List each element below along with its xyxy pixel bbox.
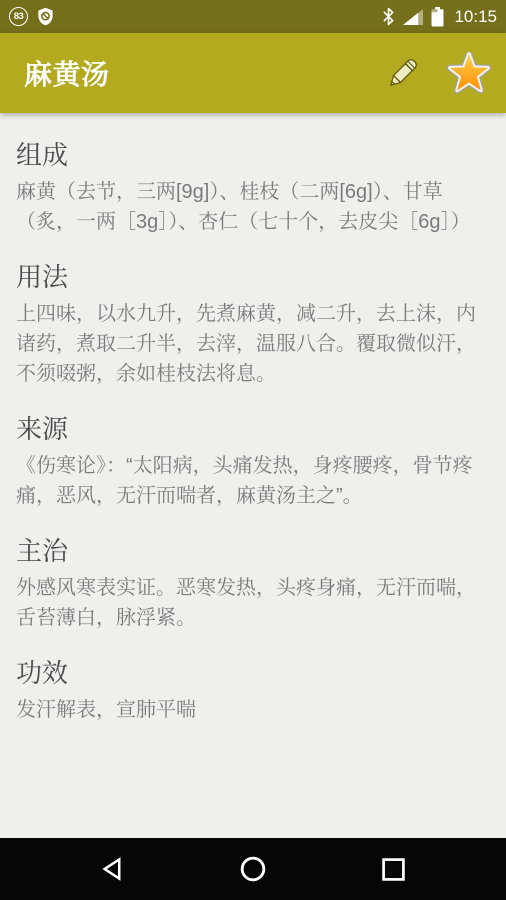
status-bar-left: 83	[9, 7, 55, 26]
section-source: 来源 《伤寒论》：“太阳病，头痛发热，身疼腰疼，骨节疼痛，恶风，无汗而喘者，麻黄…	[16, 413, 490, 511]
back-button[interactable]	[100, 856, 126, 882]
status-bar: 83 10:15	[0, 0, 506, 33]
battery-icon	[431, 7, 444, 27]
recents-square-icon	[381, 857, 406, 882]
phone-screen: 83 10:15 麻黄汤	[0, 0, 506, 900]
signal-icon	[403, 9, 423, 25]
section-heading: 主治	[16, 535, 490, 567]
section-body: 麻黄（去节，三两[9g]）、桂枝（二两[6g]）、甘草（炙，一两［3g］）、杏仁…	[16, 177, 490, 237]
section-heading: 功效	[16, 657, 490, 689]
favorite-star-icon	[446, 52, 492, 94]
home-button[interactable]	[240, 856, 266, 882]
section-body: 外感风寒表实证。恶寒发热，头疼身痛，无汗而喘，舌苔薄白，脉浮紧。	[16, 573, 490, 633]
battery-percent-value: 83	[14, 11, 24, 22]
section-body: 上四味，以水九升，先煮麻黄，减二升，去上沫，内诸药，煮取二升半，去滓，温服八合。…	[16, 299, 490, 389]
section-heading: 来源	[16, 413, 490, 445]
shield-block-icon	[36, 7, 55, 26]
app-bar-actions	[380, 50, 494, 96]
android-nav-bar	[0, 838, 506, 900]
section-heading: 用法	[16, 261, 490, 293]
section-usage: 用法 上四味，以水九升，先煮麻黄，减二升，去上沫，内诸药，煮取二升半，去滓，温服…	[16, 261, 490, 389]
bluetooth-icon	[382, 7, 395, 26]
section-effects: 功效 发汗解表，宣肺平喘	[16, 657, 490, 725]
recipe-detail: 组成 麻黄（去节，三两[9g]）、桂枝（二两[6g]）、甘草（炙，一两［3g］）…	[0, 113, 506, 838]
battery-percent-badge: 83	[9, 7, 28, 26]
edit-button[interactable]	[380, 50, 426, 96]
recents-button[interactable]	[380, 856, 406, 882]
section-composition: 组成 麻黄（去节，三两[9g]）、桂枝（二两[6g]）、甘草（炙，一两［3g］）…	[16, 139, 490, 237]
section-heading: 组成	[16, 139, 490, 171]
app-bar: 麻黄汤	[0, 33, 506, 113]
section-body: 《伤寒论》：“太阳病，头痛发热，身疼腰疼，骨节疼痛，恶风，无汗而喘者，麻黄汤主之…	[16, 451, 490, 511]
favorite-button[interactable]	[444, 50, 494, 96]
clock: 10:15	[454, 7, 497, 27]
status-bar-right: 10:15	[382, 7, 497, 27]
home-circle-icon	[240, 856, 266, 882]
section-body: 发汗解表，宣肺平喘	[16, 695, 490, 725]
edit-pencil-icon	[382, 52, 424, 94]
page-title: 麻黄汤	[24, 53, 380, 93]
back-triangle-icon	[101, 856, 126, 882]
section-indications: 主治 外感风寒表实证。恶寒发热，头疼身痛，无汗而喘，舌苔薄白，脉浮紧。	[16, 535, 490, 633]
